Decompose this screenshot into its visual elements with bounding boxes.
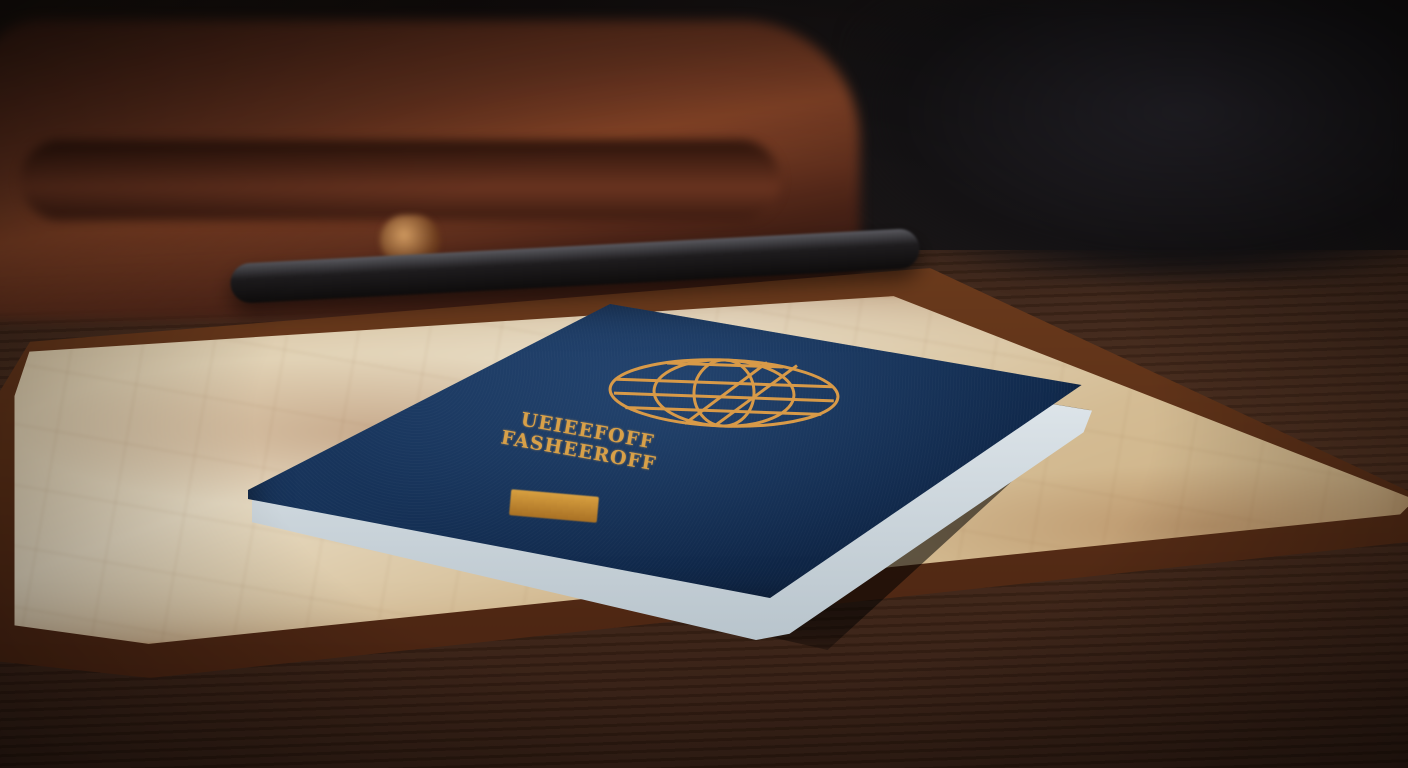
photo-scene: UEIEEFOFF FASHEEROFF (0, 0, 1408, 768)
background-object (848, 0, 1408, 280)
globe-icon (605, 353, 843, 433)
leather-wallet-fold (20, 140, 780, 220)
